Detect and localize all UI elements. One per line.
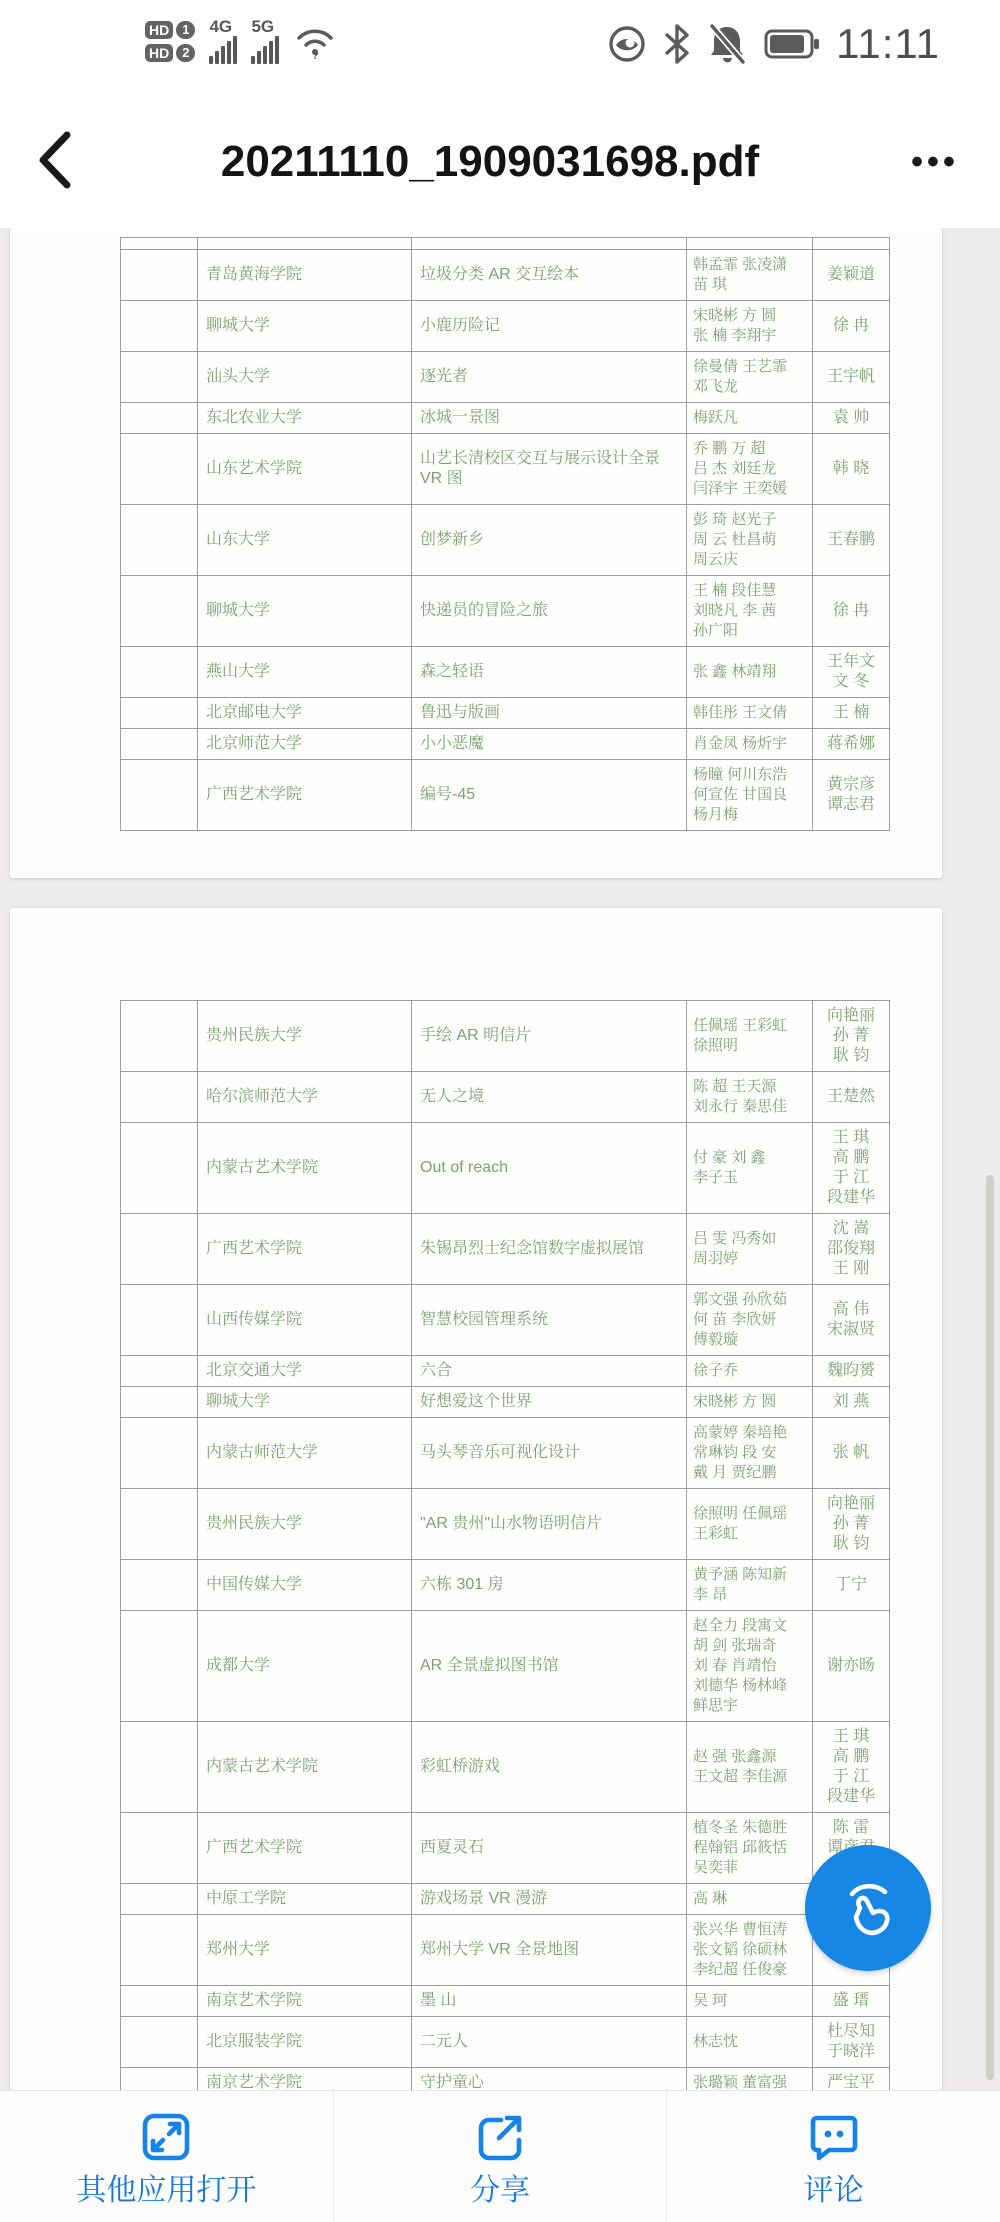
comment-icon	[805, 2108, 863, 2166]
work-cell: 郑州大学 VR 全景地图	[412, 1915, 687, 1986]
table-row: 广西艺术学院西夏灵石植冬圣 朱德胜 程翰铝 邱筱恬 吴奕菲陈 雷 谭彦君 邵俊翔	[121, 1813, 890, 1884]
mentors-cell: 韩 晓	[813, 434, 890, 505]
share-button[interactable]: 分享	[333, 2091, 667, 2222]
table-row: 中国传媒大学六栋 301 房黄予涵 陈知新 李 昂丁宁	[121, 1560, 890, 1611]
wifi-icon: ?	[293, 22, 337, 60]
table-row: 南京艺术学院墨 山吴 珂盛 瑨	[121, 1986, 890, 2017]
authors-cell: 植冬圣 朱德胜 程翰铝 邱筱恬 吴奕菲	[687, 1813, 813, 1884]
authors-cell: 赵 强 张鑫源 王文超 李佳源	[687, 1722, 813, 1813]
sim-badges: HD 1 HD 2	[145, 21, 195, 62]
work-cell: 小鹿历险记	[412, 301, 687, 352]
battery-icon	[764, 29, 820, 59]
authors-cell: 张璐颖 董富强	[687, 2068, 813, 2091]
ellipsis-icon: •••	[911, 143, 959, 182]
spacer-cell	[121, 250, 198, 301]
school-cell: 燕山大学	[198, 647, 412, 698]
authors-cell: 郭文强 孙欣茹 何 苗 李欣妍 傅毅璇	[687, 1285, 813, 1356]
spacer-cell	[121, 760, 198, 831]
authors-cell: 赵全力 段寓文 胡 剑 张瑞奇 刘 春 肖靖怡 刘德华 杨林峰 鲜思宇	[687, 1611, 813, 1722]
work-cell: 智慧校园管理系统	[412, 1285, 687, 1356]
signal-5g: 5G	[251, 18, 279, 64]
sim1-number: 1	[176, 21, 195, 39]
more-options-button[interactable]: •••	[870, 143, 1000, 182]
share-icon	[471, 2108, 529, 2166]
table-row: 内蒙古师范大学马头琴音乐可视化设计高蒙婷 秦培艳 常琳钧 段 安 戴 月 贾纪鹏…	[121, 1418, 890, 1489]
spacer-cell	[121, 1356, 198, 1387]
table-row: 广西艺术学院编号-45杨瞳 何川东浩 何宣佐 甘国良 杨月梅黄宗彦 谭志君	[121, 760, 890, 831]
table-row: 青岛黄海学院垃圾分类 AR 交互绘本韩孟霏 张凌潇 苗 琪姜颖道	[121, 250, 890, 301]
school-cell: 哈尔滨师范大学	[198, 1072, 412, 1123]
school-cell: 成都大学	[198, 1611, 412, 1722]
bell-muted-icon	[706, 22, 748, 66]
clock-time: 11:11	[836, 20, 940, 68]
table-row: 贵州民族大学手绘 AR 明信片任佩瑶 王彩虹 徐照明向艳丽 孙 菁 耿 钧	[121, 1001, 890, 1072]
table-row: 成都大学AR 全景虚拟图书馆赵全力 段寓文 胡 剑 张瑞奇 刘 春 肖靖怡 刘德…	[121, 1611, 890, 1722]
mentors-cell: 王 琪 高 鹏 于 江 段建华	[813, 1123, 890, 1214]
authors-cell: 乔 鹏 万 超 吕 杰 刘廷龙 闫泽宇 王奕媛	[687, 434, 813, 505]
work-cell: 山艺长清校区交互与展示设计全景 VR 图	[412, 434, 687, 505]
work-cell: Out of reach	[412, 1123, 687, 1214]
bluetooth-icon	[664, 22, 690, 66]
work-cell: 小小恶魔	[412, 729, 687, 760]
pdf-page-2: 贵州民族大学手绘 AR 明信片任佩瑶 王彩虹 徐照明向艳丽 孙 菁 耿 钧哈尔滨…	[10, 908, 942, 2090]
work-cell: 手绘 AR 明信片	[412, 1001, 687, 1072]
mentors-cell: 姜颖道	[813, 250, 890, 301]
authors-cell: 宋晓彬 方 圆	[687, 1387, 813, 1418]
mentors-cell: 沈 嵩 邵俊翔 王 刚	[813, 1214, 890, 1285]
document-title: 20211110_1909031698.pdf	[110, 137, 870, 187]
back-button[interactable]	[0, 129, 110, 196]
authors-cell: 王 楠 段佳慧 刘晓凡 李 茜 孙广阳	[687, 576, 813, 647]
authors-cell: 徐子乔	[687, 1356, 813, 1387]
spacer-cell	[121, 505, 198, 576]
spacer-cell	[121, 576, 198, 647]
spacer-cell	[121, 698, 198, 729]
authors-cell: 杨瞳 何川东浩 何宣佐 甘国良 杨月梅	[687, 760, 813, 831]
status-left-cluster: HD 1 HD 2 4G 5G	[145, 18, 337, 64]
signal-4g: 4G	[209, 18, 237, 64]
authors-cell: 韩孟霏 张凌潇 苗 琪	[687, 250, 813, 301]
mentors-cell: 徐 冉	[813, 301, 890, 352]
table-row: 北京交通大学六合徐子乔魏昀赟	[121, 1356, 890, 1387]
hd1-badge: HD	[145, 21, 173, 39]
mentors-cell: 王楚然	[813, 1072, 890, 1123]
mentors-cell: 王年文 文 冬	[813, 647, 890, 698]
school-cell: 北京服装学院	[198, 2017, 412, 2068]
work-cell: 六合	[412, 1356, 687, 1387]
authors-cell: 张兴华 曹恒涛 张文韬 徐硕林 李纪超 任俊豪	[687, 1915, 813, 1986]
authors-cell: 黄予涵 陈知新 李 昂	[687, 1560, 813, 1611]
open-in-other-app-button[interactable]: 其他应用打开	[0, 2091, 333, 2222]
table-row: 山东艺术学院山艺长清校区交互与展示设计全景 VR 图乔 鹏 万 超 吕 杰 刘廷…	[121, 434, 890, 505]
table-row: 山东大学创梦新乡彭 琦 赵光子 周 云 杜昌萌 周云庆王春鹏	[121, 505, 890, 576]
hd2-badge: HD	[145, 44, 173, 62]
spacer-cell	[121, 1418, 198, 1489]
touch-gesture-icon	[830, 1868, 906, 1949]
authors-cell: 高蒙婷 秦培艳 常琳钧 段 安 戴 月 贾纪鹏	[687, 1418, 813, 1489]
mentors-cell: 向艳丽 孙 菁 耿 钧	[813, 1001, 890, 1072]
mentors-cell: 杜尽知 于晓洋	[813, 2017, 890, 2068]
spacer-cell	[121, 434, 198, 505]
school-cell: 山东艺术学院	[198, 434, 412, 505]
authors-cell: 任佩瑶 王彩虹 徐照明	[687, 1001, 813, 1072]
chevron-left-icon	[35, 129, 75, 196]
mentors-cell: 王宇帆	[813, 352, 890, 403]
title-bar: 20211110_1909031698.pdf •••	[0, 96, 1000, 228]
school-cell: 北京师范大学	[198, 729, 412, 760]
work-cell: 六栋 301 房	[412, 1560, 687, 1611]
table-row: 内蒙古艺术学院彩虹桥游戏赵 强 张鑫源 王文超 李佳源王 琪 高 鹏 于 江 段…	[121, 1722, 890, 1813]
work-cell: 守护童心	[412, 2068, 687, 2091]
work-cell: 鲁迅与版画	[412, 698, 687, 729]
spacer-cell	[121, 403, 198, 434]
table-row: 北京邮电大学鲁迅与版画韩佳彤 王文倩王 楠	[121, 698, 890, 729]
work-cell	[412, 238, 687, 250]
mentors-cell: 王 楠	[813, 698, 890, 729]
table-row: 东北农业大学冰城一景图梅跃凡袁 帅	[121, 403, 890, 434]
status-bar: HD 1 HD 2 4G 5G	[0, 0, 1000, 96]
mentors-cell: 王春鹏	[813, 505, 890, 576]
work-cell: "AR 贵州"山水物语明信片	[412, 1489, 687, 1560]
authors-cell	[687, 238, 813, 250]
authors-cell: 吕 雯 冯秀如 周羽婷	[687, 1214, 813, 1285]
comment-label: 评论	[804, 2176, 864, 2206]
authors-cell: 付 豪 刘 鑫 李子玉	[687, 1123, 813, 1214]
school-cell: 郑州大学	[198, 1915, 412, 1986]
school-cell	[198, 238, 412, 250]
school-cell: 广西艺术学院	[198, 1813, 412, 1884]
work-cell: 二元人	[412, 2017, 687, 2068]
authors-cell: 林志忱	[687, 2017, 813, 2068]
spacer-cell	[121, 301, 198, 352]
work-cell: 马头琴音乐可视化设计	[412, 1418, 687, 1489]
work-cell: 冰城一景图	[412, 403, 687, 434]
network-5g-label: 5G	[251, 18, 274, 35]
school-cell: 广西艺术学院	[198, 1214, 412, 1285]
mentors-cell: 魏昀赟	[813, 1356, 890, 1387]
table-row: 山西传媒学院智慧校园管理系统郭文强 孙欣茹 何 苗 李欣妍 傅毅璇高 伟 宋淑贤	[121, 1285, 890, 1356]
status-right-cluster: 11:11	[606, 20, 940, 68]
work-cell: 无人之境	[412, 1072, 687, 1123]
spacer-cell	[121, 729, 198, 760]
mentors-cell: 袁 帅	[813, 403, 890, 434]
svg-text:?: ?	[312, 50, 319, 60]
work-cell: 逐光者	[412, 352, 687, 403]
school-cell: 东北农业大学	[198, 403, 412, 434]
work-cell: 垃圾分类 AR 交互绘本	[412, 250, 687, 301]
authors-cell: 吴 珂	[687, 1986, 813, 2017]
authors-cell: 肖金凤 杨炘宇	[687, 729, 813, 760]
school-cell: 中国传媒大学	[198, 1560, 412, 1611]
spacer-cell	[121, 1214, 198, 1285]
mentors-cell: 盛 瑨	[813, 1986, 890, 2017]
spacer-cell	[121, 1722, 198, 1813]
authors-cell: 高 琳	[687, 1884, 813, 1915]
mentors-cell: 谢亦旸	[813, 1611, 890, 1722]
eye-comfort-icon	[606, 23, 648, 65]
work-cell: 森之轻语	[412, 647, 687, 698]
work-cell: 好想爱这个世界	[412, 1387, 687, 1418]
table-row: 贵州民族大学"AR 贵州"山水物语明信片徐照明 任佩瑶 王彩虹向艳丽 孙 菁 耿…	[121, 1489, 890, 1560]
table-row: 内蒙古艺术学院Out of reach付 豪 刘 鑫 李子玉王 琪 高 鹏 于 …	[121, 1123, 890, 1214]
table-row	[121, 238, 890, 250]
table-row: 北京师范大学小小恶魔肖金凤 杨炘宇蒋希娜	[121, 729, 890, 760]
pdf-viewer[interactable]: 青岛黄海学院垃圾分类 AR 交互绘本韩孟霏 张凌潇 苗 琪姜颖道聊城大学小鹿历险…	[0, 228, 1000, 2090]
table-row: 哈尔滨师范大学无人之境陈 超 王天源 刘永行 秦思佳王楚然	[121, 1072, 890, 1123]
table-row: 广西艺术学院朱锡昂烈士纪念馆数字虚拟展馆吕 雯 冯秀如 周羽婷沈 嵩 邵俊翔 王…	[121, 1214, 890, 1285]
authors-cell: 彭 琦 赵光子 周 云 杜昌萌 周云庆	[687, 505, 813, 576]
spacer-cell	[121, 1072, 198, 1123]
table-row: 中原工学院游戏场景 VR 漫游高 琳	[121, 1884, 890, 1915]
authors-cell: 徐照明 任佩瑶 王彩虹	[687, 1489, 813, 1560]
school-cell: 聊城大学	[198, 1387, 412, 1418]
touch-gesture-fab[interactable]	[805, 1845, 931, 1971]
mentors-cell: 丁宁	[813, 1560, 890, 1611]
authors-cell: 陈 超 王天源 刘永行 秦思佳	[687, 1072, 813, 1123]
authors-cell: 梅跃凡	[687, 403, 813, 434]
scrollbar[interactable]	[986, 1175, 994, 2080]
authors-cell: 徐曼倩 王艺霏 邓飞龙	[687, 352, 813, 403]
spacer-cell	[121, 352, 198, 403]
sim2-number: 2	[176, 44, 195, 62]
work-cell: 墨 山	[412, 1986, 687, 2017]
table-row: 汕头大学逐光者徐曼倩 王艺霏 邓飞龙王宇帆	[121, 352, 890, 403]
school-cell: 内蒙古师范大学	[198, 1418, 412, 1489]
work-cell: 西夏灵石	[412, 1813, 687, 1884]
school-cell: 内蒙古艺术学院	[198, 1123, 412, 1214]
school-cell: 南京艺术学院	[198, 1986, 412, 2017]
school-cell: 山东大学	[198, 505, 412, 576]
school-cell: 北京交通大学	[198, 1356, 412, 1387]
work-cell: 游戏场景 VR 漫游	[412, 1884, 687, 1915]
spacer-cell	[121, 1611, 198, 1722]
mentors-cell: 黄宗彦 谭志君	[813, 760, 890, 831]
mentors-cell: 蒋希娜	[813, 729, 890, 760]
spacer-cell	[121, 1560, 198, 1611]
authors-cell: 张 鑫 林靖翔	[687, 647, 813, 698]
school-cell: 聊城大学	[198, 301, 412, 352]
open-in-other-app-label: 其他应用打开	[76, 2176, 256, 2206]
comment-button[interactable]: 评论	[666, 2091, 1000, 2222]
open-in-other-app-icon	[137, 2108, 195, 2166]
spacer-cell	[121, 238, 198, 250]
work-cell: 朱锡昂烈士纪念馆数字虚拟展馆	[412, 1214, 687, 1285]
mentors-cell: 向艳丽 孙 菁 耿 钧	[813, 1489, 890, 1560]
school-cell: 内蒙古艺术学院	[198, 1722, 412, 1813]
school-cell: 南京艺术学院	[198, 2068, 412, 2091]
work-cell: 快递员的冒险之旅	[412, 576, 687, 647]
authors-cell: 韩佳彤 王文倩	[687, 698, 813, 729]
table-row: 燕山大学森之轻语张 鑫 林靖翔王年文 文 冬	[121, 647, 890, 698]
mentors-cell	[813, 238, 890, 250]
mentors-cell: 严宝平	[813, 2068, 890, 2091]
spacer-cell	[121, 647, 198, 698]
table-row: 郑州大学郑州大学 VR 全景地图张兴华 曹恒涛 张文韬 徐硕林 李纪超 任俊豪	[121, 1915, 890, 1986]
school-cell: 青岛黄海学院	[198, 250, 412, 301]
school-cell: 汕头大学	[198, 352, 412, 403]
school-cell: 山西传媒学院	[198, 1285, 412, 1356]
spacer-cell	[121, 1986, 198, 2017]
table-row: 南京艺术学院守护童心张璐颖 董富强严宝平	[121, 2068, 890, 2091]
school-cell: 贵州民族大学	[198, 1489, 412, 1560]
school-cell: 聊城大学	[198, 576, 412, 647]
work-cell: AR 全景虚拟图书馆	[412, 1611, 687, 1722]
spacer-cell	[121, 2068, 198, 2091]
work-cell: 编号-45	[412, 760, 687, 831]
bottom-toolbar: 其他应用打开 分享 评论	[0, 2090, 1000, 2222]
table-row: 聊城大学好想爱这个世界宋晓彬 方 圆刘 燕	[121, 1387, 890, 1418]
spacer-cell	[121, 1884, 198, 1915]
table-row: 聊城大学快递员的冒险之旅王 楠 段佳慧 刘晓凡 李 茜 孙广阳徐 冉	[121, 576, 890, 647]
spacer-cell	[121, 1285, 198, 1356]
school-cell: 北京邮电大学	[198, 698, 412, 729]
spacer-cell	[121, 1489, 198, 1560]
school-cell: 中原工学院	[198, 1884, 412, 1915]
signal-bars-icon	[251, 36, 279, 64]
share-label: 分享	[470, 2176, 530, 2206]
authors-cell: 宋晓彬 方 圆 张 楠 李翔宇	[687, 301, 813, 352]
work-cell: 彩虹桥游戏	[412, 1722, 687, 1813]
signal-bars-icon	[209, 36, 237, 64]
pdf-page-1: 青岛黄海学院垃圾分类 AR 交互绘本韩孟霏 张凌潇 苗 琪姜颖道聊城大学小鹿历险…	[10, 228, 942, 878]
spacer-cell	[121, 1001, 198, 1072]
network-4g-label: 4G	[209, 18, 232, 35]
spacer-cell	[121, 1915, 198, 1986]
spacer-cell	[121, 1123, 198, 1214]
spacer-cell	[121, 1813, 198, 1884]
mentors-cell: 张 帆	[813, 1418, 890, 1489]
mentors-cell: 徐 冉	[813, 576, 890, 647]
table-row: 聊城大学小鹿历险记宋晓彬 方 圆 张 楠 李翔宇徐 冉	[121, 301, 890, 352]
mentors-cell: 刘 燕	[813, 1387, 890, 1418]
school-cell: 贵州民族大学	[198, 1001, 412, 1072]
spacer-cell	[121, 1387, 198, 1418]
table-row: 北京服装学院二元人林志忱杜尽知 于晓洋	[121, 2017, 890, 2068]
mentors-cell: 王 琪 高 鹏 于 江 段建华	[813, 1722, 890, 1813]
mentors-cell: 高 伟 宋淑贤	[813, 1285, 890, 1356]
spacer-cell	[121, 2017, 198, 2068]
award-table-page-1: 青岛黄海学院垃圾分类 AR 交互绘本韩孟霏 张凌潇 苗 琪姜颖道聊城大学小鹿历险…	[120, 237, 890, 831]
award-table-page-2: 贵州民族大学手绘 AR 明信片任佩瑶 王彩虹 徐照明向艳丽 孙 菁 耿 钧哈尔滨…	[120, 1000, 890, 2090]
work-cell: 创梦新乡	[412, 505, 687, 576]
school-cell: 广西艺术学院	[198, 760, 412, 831]
